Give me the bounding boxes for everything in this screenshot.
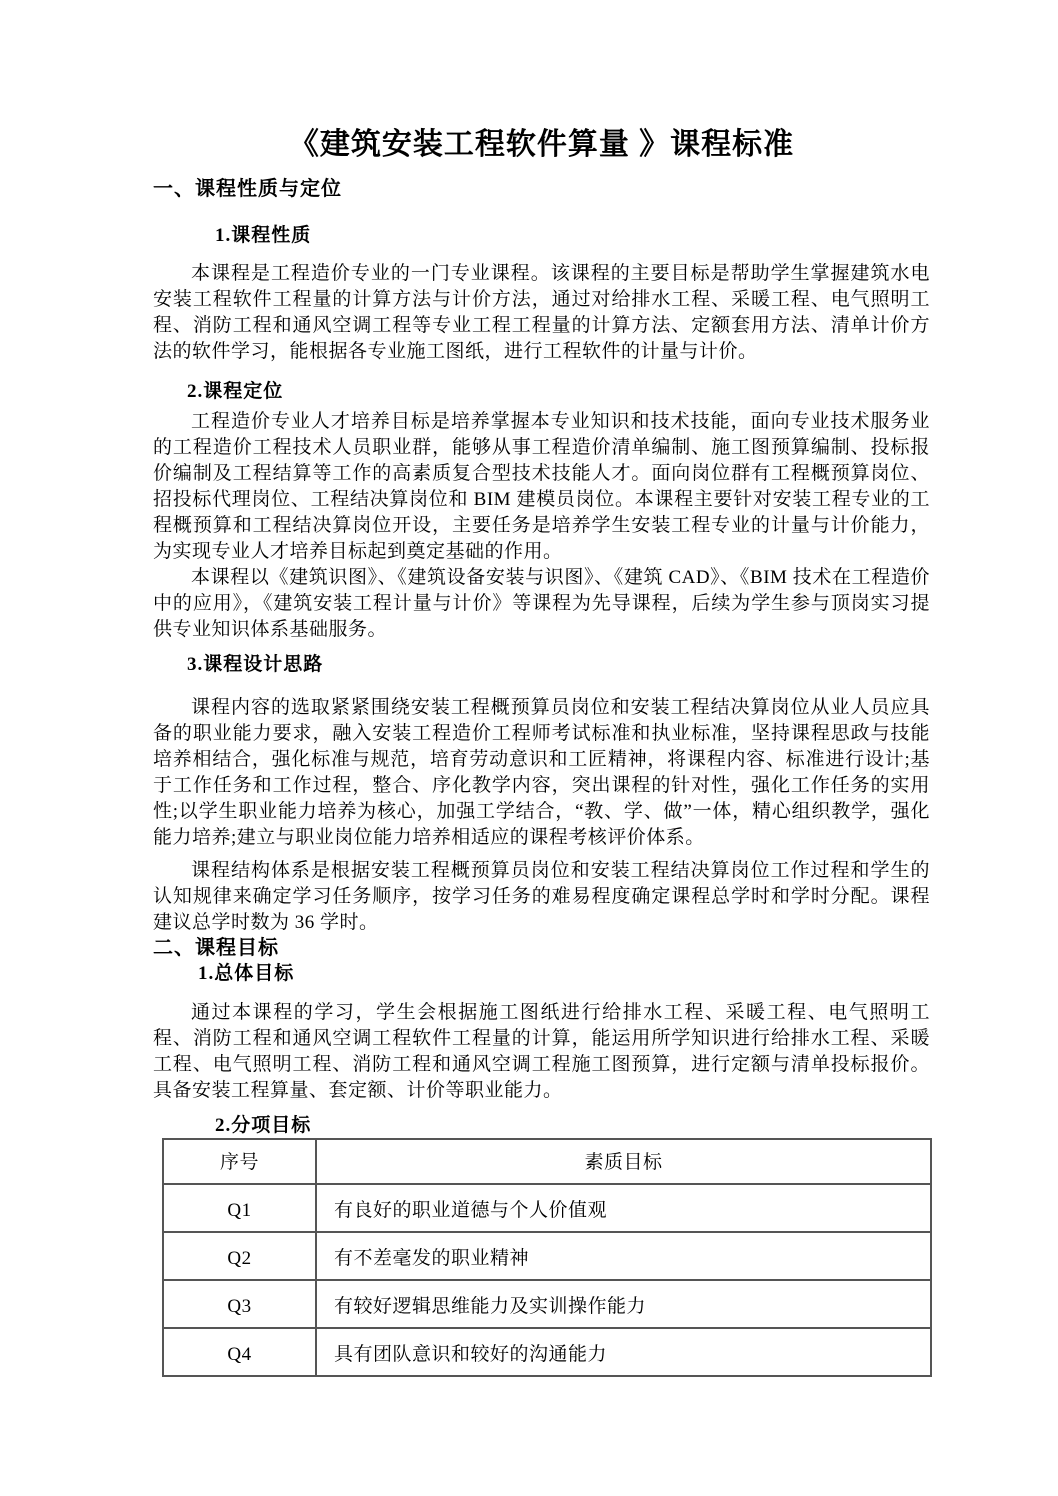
row-q1-id: Q1 xyxy=(163,1184,316,1232)
section-1-heading: 一、课程性质与定位 xyxy=(153,177,930,202)
course-position-paragraph-1: 工程造价专业人才培养目标是培养掌握本专业知识和技术技能，面向专业技术服务业的工程… xyxy=(153,409,930,565)
row-q4-id: Q4 xyxy=(163,1328,316,1376)
table-header-seq: 序号 xyxy=(163,1139,316,1184)
table-header-quality-goal: 素质目标 xyxy=(316,1139,931,1184)
row-q2-id: Q2 xyxy=(163,1232,316,1280)
sub-goals-table: 序号 素质目标 Q1 有良好的职业道德与个人价值观 Q2 有不差毫发的职业精神 … xyxy=(162,1138,932,1377)
row-q3-id: Q3 xyxy=(163,1280,316,1328)
table-row: Q3 有较好逻辑思维能力及实训操作能力 xyxy=(163,1280,931,1328)
section-2-sub-2-heading: 2.分项目标 xyxy=(215,1113,930,1138)
table-row: Q4 具有团队意识和较好的沟通能力 xyxy=(163,1328,931,1376)
row-q1-goal: 有良好的职业道德与个人价值观 xyxy=(316,1184,931,1232)
section-2-heading: 二、课程目标 xyxy=(153,936,930,961)
document-title: 《建筑安装工程软件算量 》课程标准 xyxy=(153,126,930,164)
course-design-paragraph-2: 课程结构体系是根据安装工程概预算员岗位和安装工程结决算岗位工作过程和学生的认知规… xyxy=(153,858,930,936)
section-1-sub-3-heading: 3.课程设计思路 xyxy=(187,652,930,677)
course-nature-paragraph: 本课程是工程造价专业的一门专业课程。该课程的主要目标是帮助学生掌握建筑水电安装工… xyxy=(153,261,930,365)
document-content: 《建筑安装工程软件算量 》课程标准 一、课程性质与定位 1.课程性质 本课程是工… xyxy=(0,126,1058,1377)
row-q4-goal: 具有团队意识和较好的沟通能力 xyxy=(316,1328,931,1376)
document-page: 《建筑安装工程软件算量 》课程标准 一、课程性质与定位 1.课程性质 本课程是工… xyxy=(0,0,1058,1496)
table-row: Q1 有良好的职业道德与个人价值观 xyxy=(163,1184,931,1232)
course-position-paragraph-2: 本课程以《建筑识图》、《建筑设备安装与识图》、《建筑 CAD》、《BIM 技术在… xyxy=(153,565,930,643)
row-q3-goal: 有较好逻辑思维能力及实训操作能力 xyxy=(316,1280,931,1328)
table-row: Q2 有不差毫发的职业精神 xyxy=(163,1232,931,1280)
overall-goal-paragraph: 通过本课程的学习，学生会根据施工图纸进行给排水工程、采暖工程、电气照明工程、消防… xyxy=(153,1000,930,1104)
row-q2-goal: 有不差毫发的职业精神 xyxy=(316,1232,931,1280)
table-header-row: 序号 素质目标 xyxy=(163,1139,931,1184)
section-1-sub-1-heading: 1.课程性质 xyxy=(215,223,930,248)
section-2-sub-1-heading: 1.总体目标 xyxy=(198,961,930,986)
course-design-paragraph-1: 课程内容的选取紧紧围绕安装工程概预算员岗位和安装工程结决算岗位从业人员应具备的职… xyxy=(153,695,930,851)
section-1-sub-2-heading: 2.课程定位 xyxy=(187,379,930,404)
